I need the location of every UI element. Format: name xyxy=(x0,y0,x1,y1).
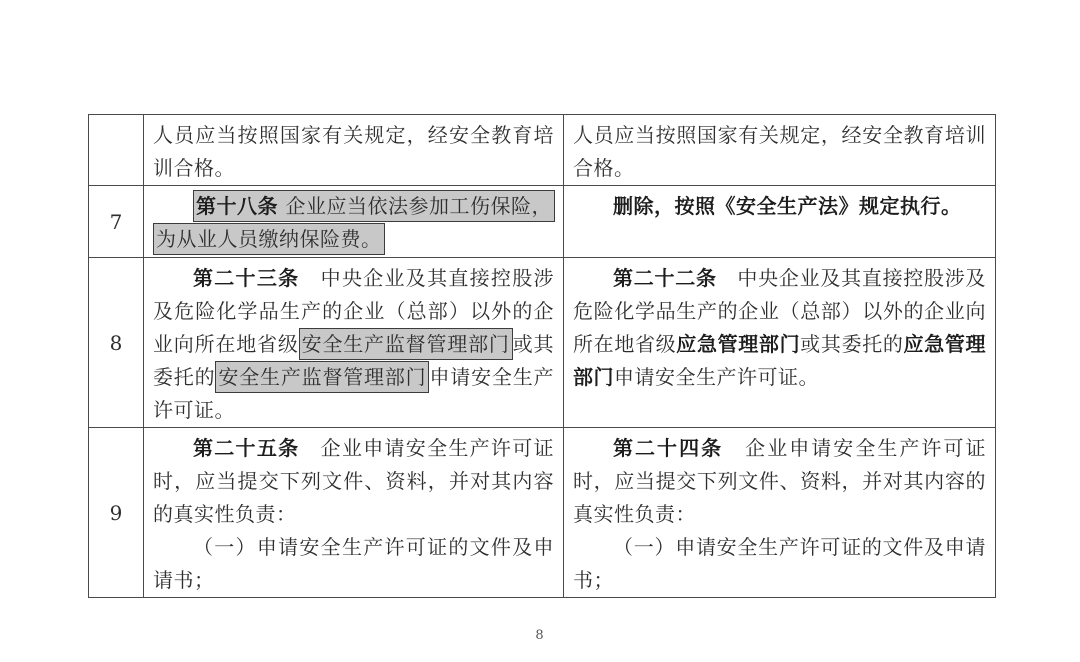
bold-text: 应急管理部门 xyxy=(676,332,800,356)
bold-text: 第二十二条 xyxy=(613,266,717,290)
bold-text: 第二十三条 xyxy=(193,266,299,290)
deletion-highlight: 安全生产监督管理部门 xyxy=(299,328,513,360)
table-row: 9第二十五条 企业申请安全生产许可证时，应当提交下列文件、资料，并对其内容的真实… xyxy=(89,428,996,598)
text-run: 人员应当按照国家有关规定，经安全教育培训合格。 xyxy=(573,123,986,180)
paragraph: 第二十四条 企业申请安全生产许可证时，应当提交下列文件、资料，并对其内容的真实性… xyxy=(573,432,986,531)
row-number-cell xyxy=(89,115,144,186)
deletion-highlight: 第十八条 企业应当依法参加工伤保险，为从业人员缴纳保险费。 xyxy=(153,190,555,255)
old-text-cell: 第二十五条 企业申请安全生产许可证时，应当提交下列文件、资料，并对其内容的真实性… xyxy=(144,428,564,598)
new-text-cell: 第二十四条 企业申请安全生产许可证时，应当提交下列文件、资料，并对其内容的真实性… xyxy=(564,428,996,598)
comparison-table: 人员应当按照国家有关规定，经安全教育培训合格。人员应当按照国家有关规定，经安全教… xyxy=(88,114,996,598)
deletion-highlight: 安全生产监督管理部门 xyxy=(215,361,429,393)
new-text-cell: 人员应当按照国家有关规定，经安全教育培训合格。 xyxy=(564,115,996,186)
paragraph: 第二十五条 企业申请安全生产许可证时，应当提交下列文件、资料，并对其内容的真实性… xyxy=(153,432,554,531)
text-run: 或其委托的 xyxy=(800,332,903,356)
paragraph: 第二十三条 中央企业及其直接控股涉及危险化学品生产的企业（总部）以外的企业向所在… xyxy=(153,262,554,427)
old-text-cell: 人员应当按照国家有关规定，经安全教育培训合格。 xyxy=(144,115,564,186)
paragraph: 第十八条 企业应当依法参加工伤保险，为从业人员缴纳保险费。 xyxy=(153,190,554,256)
paragraph: 第二十二条 中央企业及其直接控股涉及危险化学品生产的企业（总部）以外的企业向所在… xyxy=(573,262,986,394)
document-page: 人员应当按照国家有关规定，经安全教育培训合格。人员应当按照国家有关规定，经安全教… xyxy=(0,0,1080,662)
row-number-cell: 9 xyxy=(89,428,144,598)
text-run: 安全生产监督管理部门 xyxy=(302,332,510,356)
paragraph: 删除，按照《安全生产法》规定执行。 xyxy=(573,190,986,223)
new-text-cell: 第二十二条 中央企业及其直接控股涉及危险化学品生产的企业（总部）以外的企业向所在… xyxy=(564,258,996,428)
paragraph: （一）申请安全生产许可证的文件及申请书； xyxy=(153,531,554,597)
table-row: 8第二十三条 中央企业及其直接控股涉及危险化学品生产的企业（总部）以外的企业向所… xyxy=(89,258,996,428)
text-run: 申请安全生产许可证。 xyxy=(614,365,819,389)
text-run: （一）申请安全生产许可证的文件及申请书； xyxy=(573,535,986,592)
row-number-cell: 8 xyxy=(89,258,144,428)
text-run: （一）申请安全生产许可证的文件及申请书； xyxy=(153,535,554,592)
text-run: 安全生产监督管理部门 xyxy=(218,365,426,389)
table-row: 7第十八条 企业应当依法参加工伤保险，为从业人员缴纳保险费。删除，按照《安全生产… xyxy=(89,186,996,258)
old-text-cell: 第十八条 企业应当依法参加工伤保险，为从业人员缴纳保险费。 xyxy=(144,186,564,258)
paragraph: 人员应当按照国家有关规定，经安全教育培训合格。 xyxy=(573,119,986,185)
old-text-cell: 第二十三条 中央企业及其直接控股涉及危险化学品生产的企业（总部）以外的企业向所在… xyxy=(144,258,564,428)
bold-text: 第二十五条 xyxy=(193,436,299,460)
row-number-cell: 7 xyxy=(89,186,144,258)
paragraph: （一）申请安全生产许可证的文件及申请书； xyxy=(573,531,986,597)
new-text-cell: 删除，按照《安全生产法》规定执行。 xyxy=(564,186,996,258)
bold-text: 删除，按照《安全生产法》规定执行。 xyxy=(613,194,962,218)
text-run: 人员应当按照国家有关规定，经安全教育培训合格。 xyxy=(153,123,554,180)
page-number: 8 xyxy=(0,628,1080,643)
paragraph: 人员应当按照国家有关规定，经安全教育培训合格。 xyxy=(153,119,554,185)
table-row: 人员应当按照国家有关规定，经安全教育培训合格。人员应当按照国家有关规定，经安全教… xyxy=(89,115,996,186)
bold-text: 第二十四条 xyxy=(613,436,723,460)
bold-text: 第十八条 xyxy=(196,194,285,218)
